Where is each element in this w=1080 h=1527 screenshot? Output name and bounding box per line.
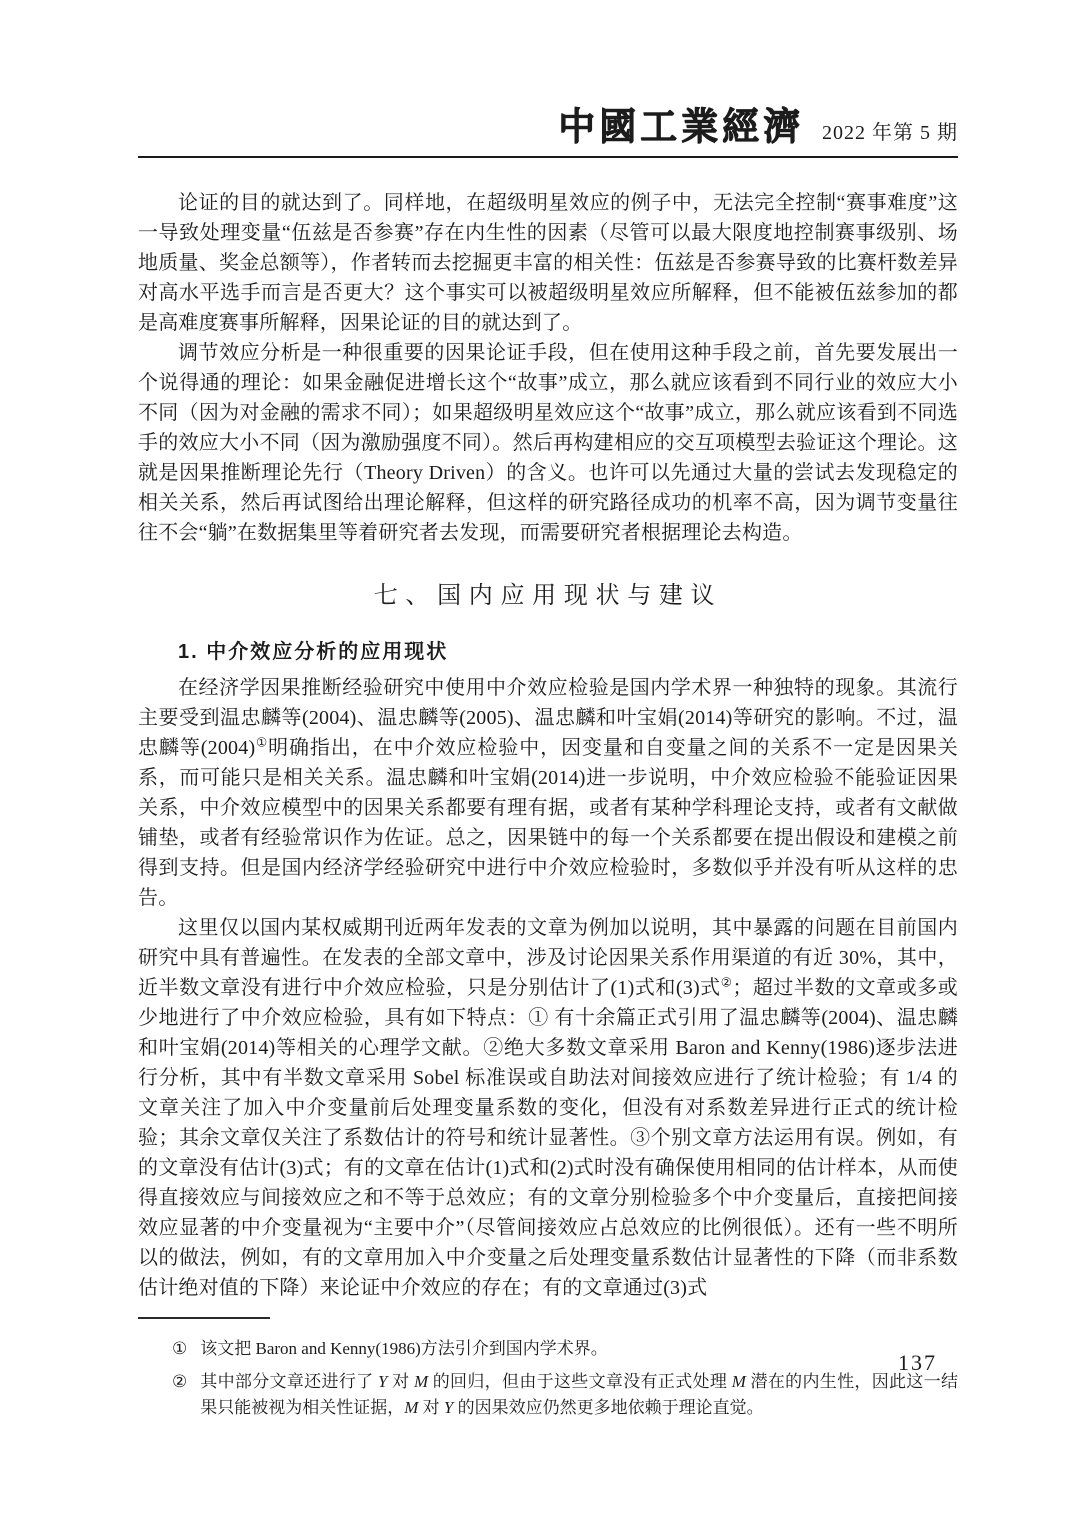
footnote-item: ②其中部分文章还进行了 Y 对 M 的回归，但由于这些文章没有正式处理 M 潜在…: [138, 1369, 958, 1421]
footnote-marker: ①: [172, 1336, 187, 1362]
paragraph: 调节效应分析是一种很重要的因果论证手段，但在使用这种手段之前，首先要发展出一个说…: [138, 338, 958, 548]
page-content: 中國工業經濟 2022 年第 5 期 论证的目的就达到了。同样地，在超级明星效应…: [138, 0, 958, 1428]
footnote-item: ①该文把 Baron and Kenny(1986)方法引介到国内学术界。: [138, 1336, 958, 1362]
footnotes-section: ①该文把 Baron and Kenny(1986)方法引介到国内学术界。②其中…: [138, 1317, 958, 1421]
page-number: 137: [898, 1350, 937, 1376]
body-paragraphs-top: 论证的目的就达到了。同样地，在超级明星效应的例子中，无法完全控制“赛事难度”这一…: [138, 188, 958, 548]
issue-label: 2022 年第 5 期: [822, 116, 958, 145]
footnote-text: 该文把 Baron and Kenny(1986)方法引介到国内学术界。: [200, 1336, 608, 1362]
paragraph: 在经济学因果推断经验研究中使用中介效应检验是国内学术界一种独特的现象。其流行主要…: [138, 673, 958, 913]
paper-page: 中國工業經濟 2022 年第 5 期 论证的目的就达到了。同样地，在超级明星效应…: [0, 0, 1080, 1527]
paragraph: 这里仅以国内某权威期刊近两年发表的文章为例加以说明，其中暴露的问题在目前国内研究…: [138, 913, 958, 1303]
footnote-text: 其中部分文章还进行了 Y 对 M 的回归，但由于这些文章没有正式处理 M 潜在的…: [200, 1369, 958, 1421]
footnote-list: ①该文把 Baron and Kenny(1986)方法引介到国内学术界。②其中…: [138, 1336, 958, 1421]
subsection-title: 1. 中介效应分析的应用现状: [138, 635, 958, 664]
paragraph: 论证的目的就达到了。同样地，在超级明星效应的例子中，无法完全控制“赛事难度”这一…: [138, 188, 958, 338]
footnote-marker: ②: [172, 1369, 187, 1421]
section-title: 七、国内应用现状与建议: [138, 575, 958, 610]
journal-header: 中國工業經濟 2022 年第 5 期: [138, 108, 958, 158]
journal-logo: 中國工業經濟: [558, 108, 804, 150]
body-paragraphs-bottom: 在经济学因果推断经验研究中使用中介效应检验是国内学术界一种独特的现象。其流行主要…: [138, 673, 958, 1303]
footnote-separator: [138, 1317, 270, 1319]
